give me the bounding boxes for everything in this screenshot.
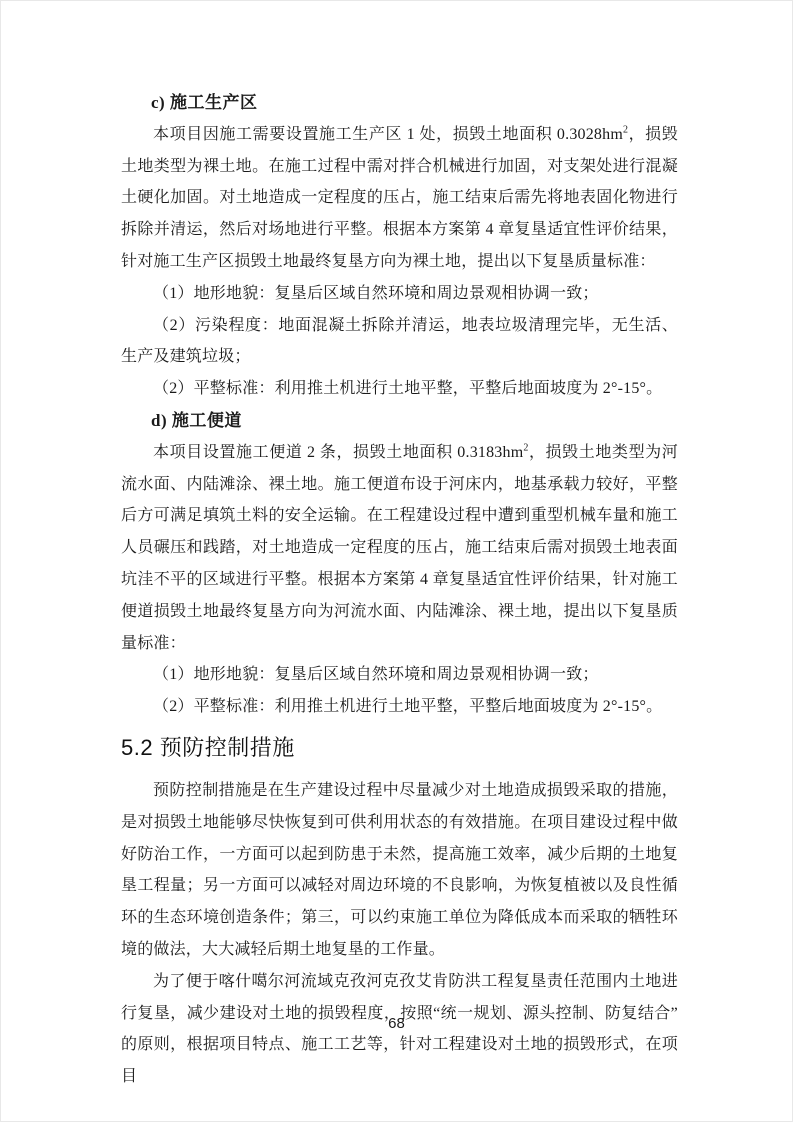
paragraph-text: 本项目设置施工便道 2 条，损毁土地面积 0.3183hm	[153, 444, 523, 461]
list-item-pollution: （2）污染程度：地面混凝土拆除并清运，地表垃圾清理完毕，无生活、生产及建筑垃圾；	[121, 310, 678, 374]
page-number: 68	[1, 1015, 792, 1032]
list-item-leveling: （2）平整标准：利用推土机进行土地平整，平整后地面坡度为 2°-15°。	[121, 373, 678, 405]
paragraph-text: ，损毁土地类型为裸土地。在施工过程中需对拌合机械进行加固，对支架处进行混凝土硬化…	[121, 126, 678, 270]
paragraph-text: ，损毁土地类型为河流水面、内陆滩涂、裸土地。施工便道布设于河床内，地基承载力较好…	[121, 444, 678, 652]
paragraph-production-area-intro: 本项目因施工需要设置施工生产区 1 处，损毁土地面积 0.3028hm2，损毁土…	[121, 119, 678, 278]
heading-construction-access-road: d) 施工便道	[121, 405, 678, 437]
paragraph-text: 本项目因施工需要设置施工生产区 1 处，损毁土地面积 0.3028hm	[153, 126, 623, 143]
list-item-terrain: （1）地形地貌：复垦后区域自然环境和周边景观相协调一致；	[121, 278, 678, 310]
document-page: c) 施工生产区 本项目因施工需要设置施工生产区 1 处，损毁土地面积 0.30…	[0, 0, 793, 1122]
paragraph-access-road-intro: 本项目设置施工便道 2 条，损毁土地面积 0.3183hm2，损毁土地类型为河流…	[121, 437, 678, 660]
heading-construction-production-area: c) 施工生产区	[121, 87, 678, 119]
page-content: c) 施工生产区 本项目因施工需要设置施工生产区 1 处，损毁土地面积 0.30…	[121, 87, 678, 1093]
heading-prevention-control-measures: 5.2 预防控制措施	[121, 728, 678, 768]
paragraph-prevention-measures: 预防控制措施是在生产建设过程中尽量减少对土地造成损毁采取的措施，是对损毁土地能够…	[121, 775, 678, 966]
list-item-leveling: （2）平整标准：利用推土机进行土地平整，平整后地面坡度为 2°-15°。	[121, 691, 678, 723]
list-item-terrain: （1）地形地貌：复垦后区域自然环境和周边景观相协调一致；	[121, 659, 678, 691]
